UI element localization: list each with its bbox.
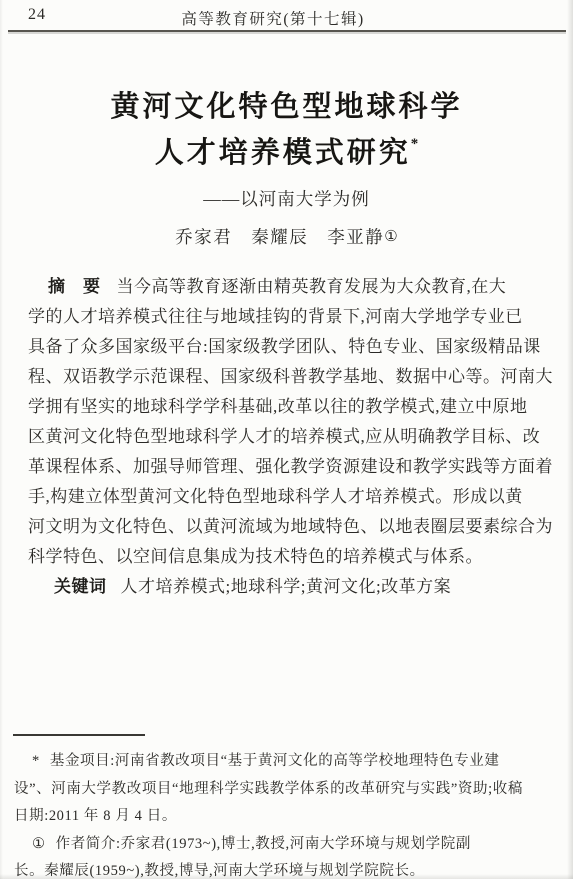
abstract-line-text: 当今高等教育逐渐由精英教育发展为大众教育,在大 bbox=[117, 277, 507, 296]
footnote-line: *基金项目:河南省教改项目“基于黄河文化的高等学校地理特色专业建 bbox=[14, 748, 566, 776]
abstract-line: 河文明为文化特色、以黄河流域为地域特色、以地表圈层要素综合为 bbox=[28, 512, 528, 542]
footnote-line: 设”、河南大学教改项目“地理科学实践教学体系的改革研究与实践”资助;收稿 bbox=[14, 776, 566, 804]
footnote-line: 日期:2011 年 8 月 4 日。 bbox=[14, 803, 566, 831]
footnotes-block: *基金项目:河南省教改项目“基于黄河文化的高等学校地理特色专业建 设”、河南大学… bbox=[14, 748, 566, 879]
footnote-line: 长。秦耀辰(1959~),教授,博导,河南大学环境与规划学院院长。 bbox=[14, 858, 566, 879]
abstract-block: 摘 要当今高等教育逐渐由精英教育发展为大众教育,在大 学的人才培养模式往往与地域… bbox=[28, 272, 528, 602]
article-title-line2-text: 人才培养模式研究 bbox=[155, 137, 411, 169]
abstract-line: 摘 要当今高等教育逐渐由精英教育发展为大众教育,在大 bbox=[28, 272, 528, 302]
abstract-line: 手,构建立体型黄河文化特色型地球科学人才培养模式。形成以黄 bbox=[28, 482, 528, 512]
abstract-line: 具备了众多国家级平台:国家级教学团队、特色专业、国家级精品课 bbox=[28, 332, 528, 362]
article-subtitle: ——以河南大学为例 bbox=[0, 186, 573, 211]
footnote-marker: * bbox=[32, 753, 40, 769]
abstract-line: 革课程体系、加强导师管理、强化教学资源建设和教学实践等方面着 bbox=[28, 452, 528, 482]
abstract-label: 摘 要 bbox=[48, 277, 101, 296]
keywords-label: 关键词 bbox=[54, 577, 107, 596]
keywords-line: 关键词人才培养模式;地球科学;黄河文化;改革方案 bbox=[28, 572, 528, 602]
footnote-text: 基金项目:河南省教改项目“基于黄河文化的高等学校地理特色专业建 bbox=[50, 753, 500, 769]
header-rule bbox=[8, 30, 566, 32]
keywords-text: 人才培养模式;地球科学;黄河文化;改革方案 bbox=[121, 577, 452, 596]
footnote-divider bbox=[13, 734, 145, 736]
author-list: 乔家君 秦耀辰 李亚静① bbox=[0, 224, 573, 249]
abstract-line: 程、双语教学示范课程、国家级科普教学基地、数据中心等。河南大 bbox=[28, 362, 528, 392]
abstract-line: 学拥有坚实的地球科学学科基础,改革以往的教学模式,建立中原地 bbox=[28, 392, 528, 422]
journal-title: 高等教育研究(第十七辑) bbox=[0, 7, 546, 29]
scanned-paper-page: { "header": { "page_number": "24", "jour… bbox=[0, 0, 573, 879]
footnote-line: ①作者简介:乔家君(1973~),博士,教授,河南大学环境与规划学院副 bbox=[14, 831, 566, 859]
article-title-line2: 人才培养模式研究* bbox=[0, 130, 573, 171]
article-title-line1: 黄河文化特色型地球科学 bbox=[0, 84, 573, 125]
title-footnote-marker: * bbox=[411, 136, 419, 152]
author-note-marker: ① bbox=[384, 229, 397, 245]
abstract-line: 区黄河文化特色型地球科学人才的培养模式,应从明确教学目标、改 bbox=[28, 422, 528, 452]
abstract-line: 科学特色、以空间信息集成为技术特色的培养模式与体系。 bbox=[28, 542, 528, 572]
abstract-line: 学的人才培养模式往往与地域挂钩的背景下,河南大学地学专业已 bbox=[28, 302, 528, 332]
footnote-text: 作者简介:乔家君(1973~),博士,教授,河南大学环境与规划学院副 bbox=[56, 836, 471, 852]
author-names: 乔家君 秦耀辰 李亚静 bbox=[175, 227, 384, 247]
footnote-marker: ① bbox=[32, 836, 46, 852]
